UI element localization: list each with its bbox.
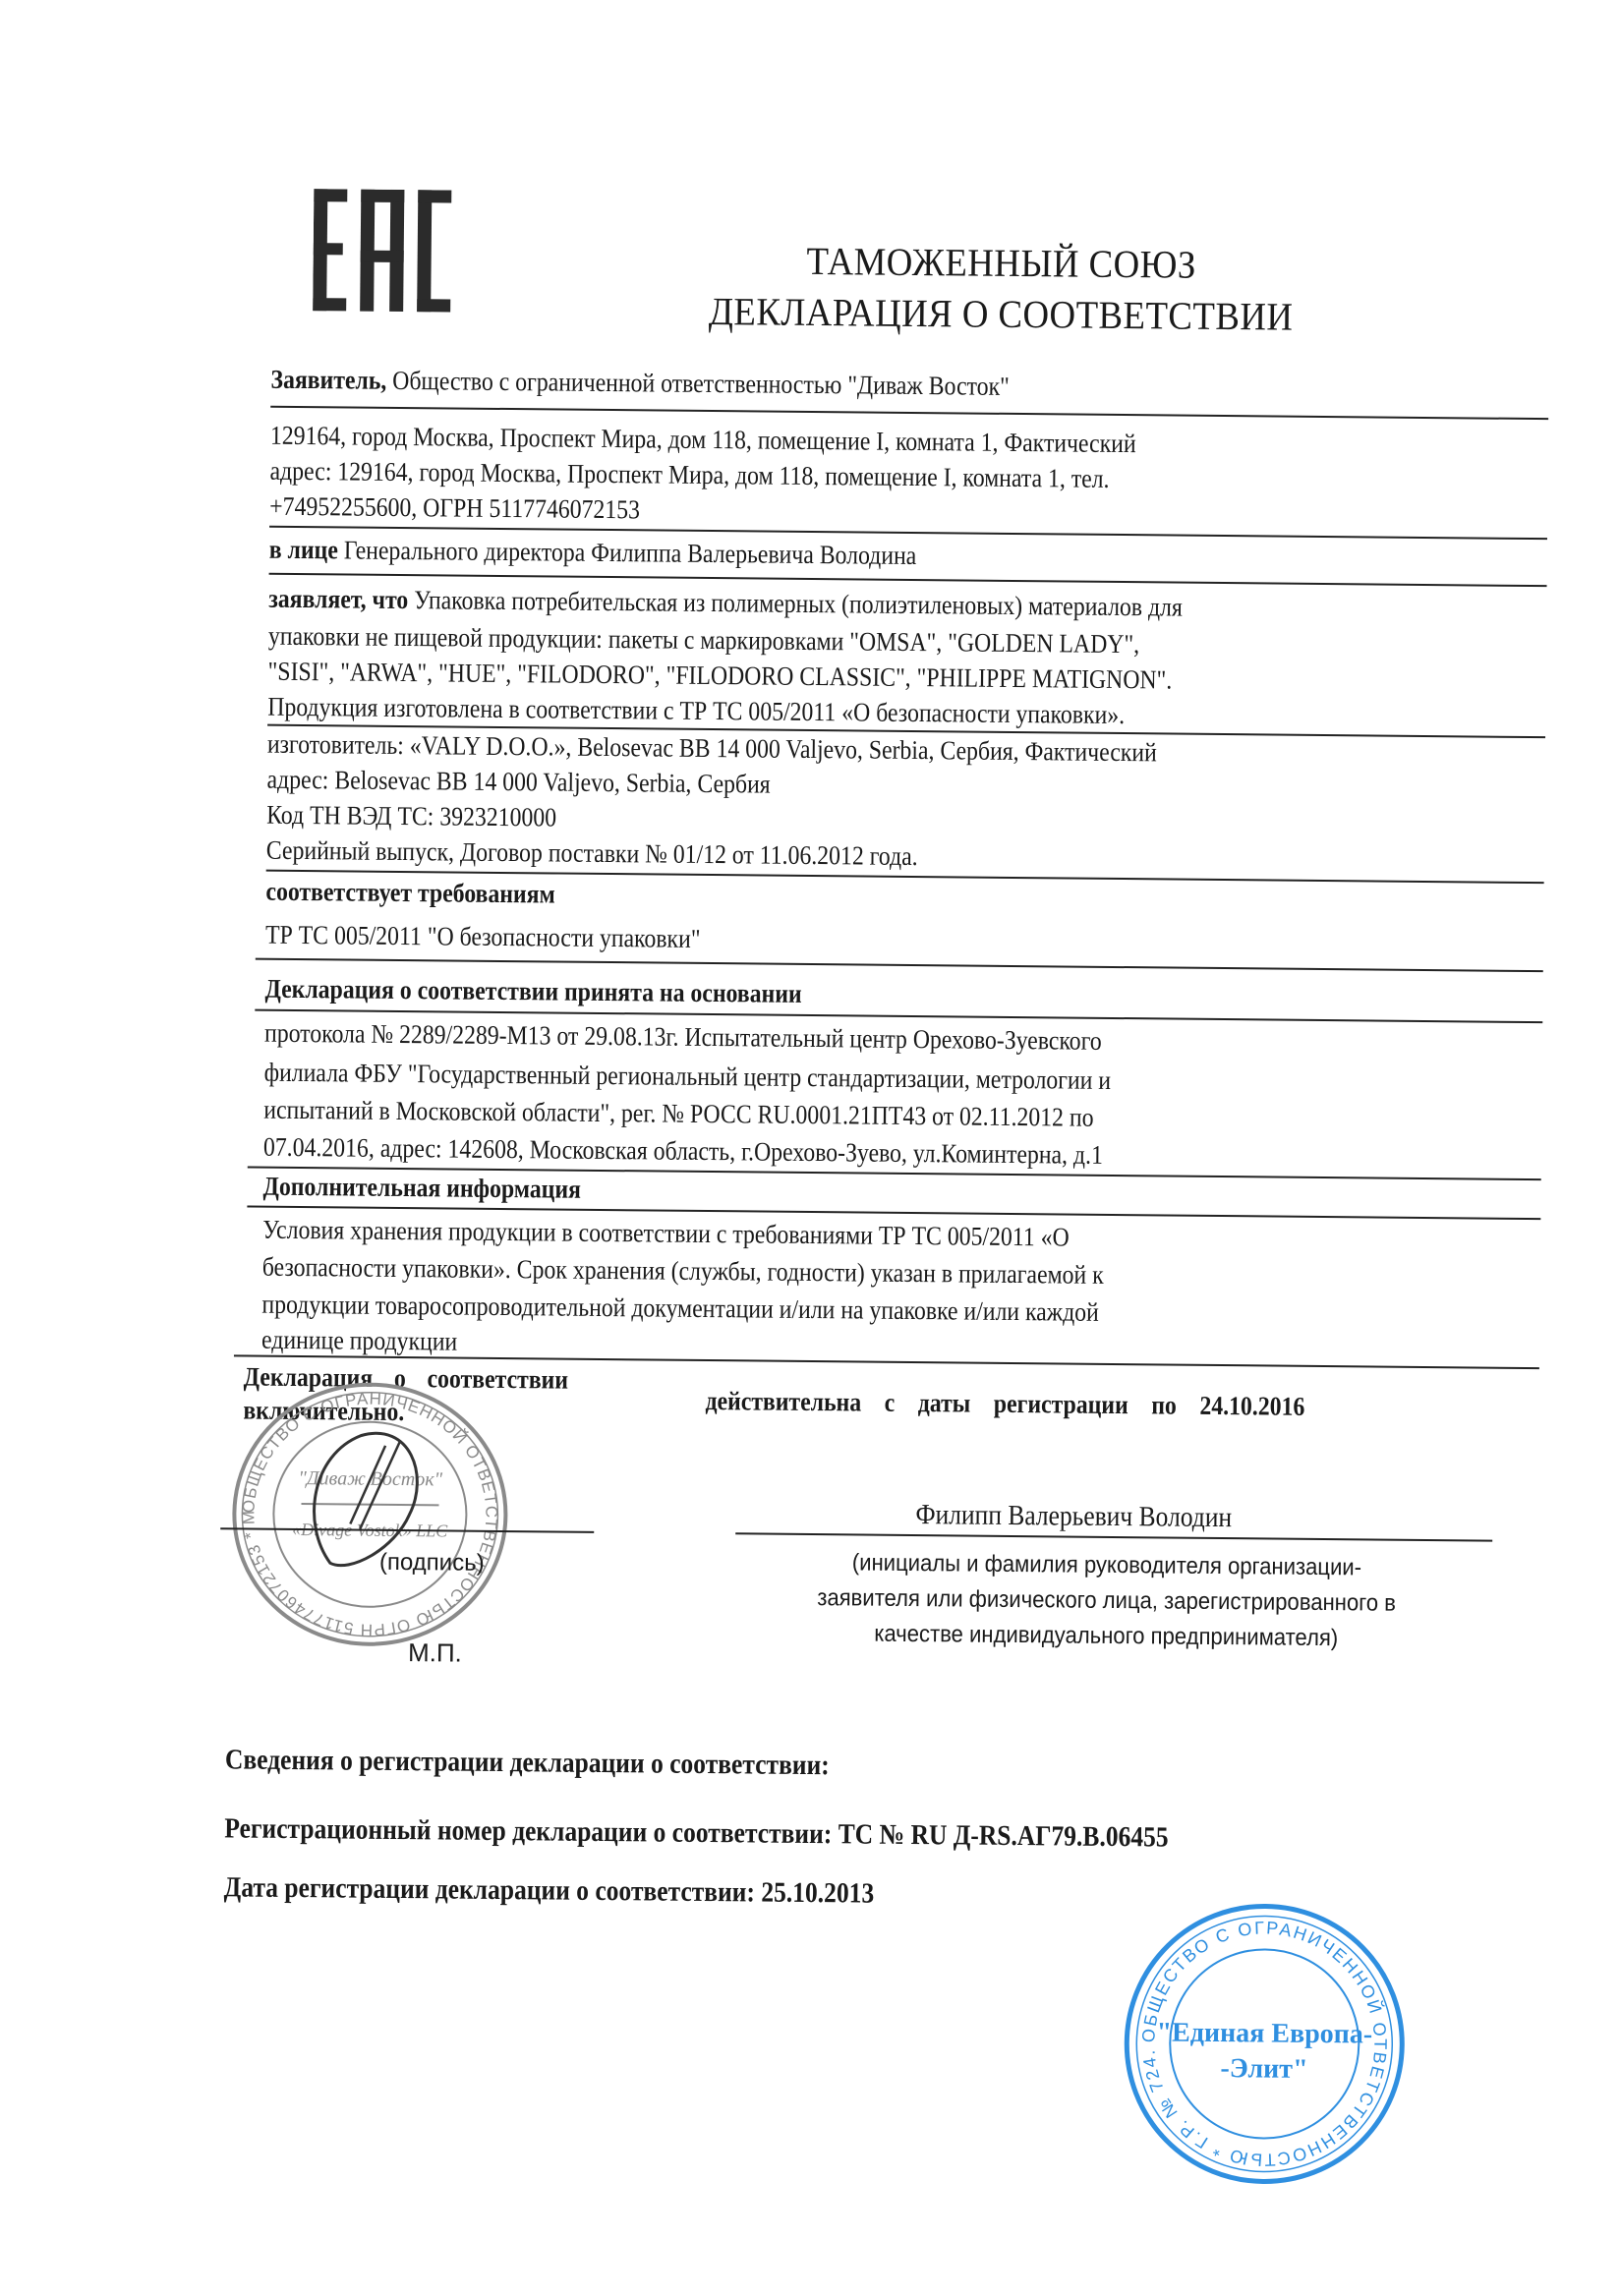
registration-date-line: Дата регистрации декларации о соответств… [224,1871,875,1910]
eac-mark-icon [313,189,453,314]
document-title: ТАМОЖЕННЫЙ СОЮЗ ДЕКЛАРАЦИЯ О СООТВЕТСТВИ… [594,234,1409,344]
additional-info-line: единице продукции [261,1324,457,1357]
svg-text:ОБЩЕСТВО С ОГРАНИЧЕННОЙ ОТВЕТС: ОБЩЕСТВО С ОГРАНИЧЕННОЙ ОТВЕТСТВЕННОСТЬЮ… [211,1365,502,1640]
signer-caption: (инициалы и фамилия руководителя организ… [789,1545,1423,1657]
additional-info-label-text: Дополнительная информация [262,1172,581,1204]
signer-name-line [735,1532,1492,1541]
title-customs-union: ТАМОЖЕННЫЙ СОЮЗ [594,234,1408,293]
registration-number-value: ТС № RU Д-RS.АГ79.В.06455 [832,1818,1169,1853]
declares-line: упаковки не пищевой продукции: пакеты с … [268,620,1139,660]
represented-by-text: Генерального директора Филиппа Валерьеви… [338,535,917,570]
complies-label: соответствует требованиям [265,876,555,910]
signer-caption-line: качестве индивидуального предпринимателя… [789,1616,1422,1657]
registration-heading: Сведения о регистрации декларации о соот… [225,1744,830,1782]
signer-caption-line: (инициалы и фамилия руководителя организ… [790,1545,1423,1586]
seal-caption: М.П. [408,1637,462,1669]
applicant-address-line: адрес: 129164, город Москва, Проспект Ми… [269,455,1109,494]
signer-name: Филипп Валерьевич Володин [915,1499,1232,1533]
divider [256,958,1543,973]
basis-line: 07.04.2016, адрес: 142608, Московская об… [263,1131,1103,1171]
title-declaration: ДЕКЛАРАЦИЯ О СООТВЕТСТВИИ [594,285,1408,344]
basis-line: испытаний в Московской области", рег. № … [263,1094,1094,1133]
registration-date-value: 25.10.2013 [755,1876,875,1909]
basis-label-text: Декларация о соответствии принята на осн… [264,974,801,1008]
signature-caption: (подпись) [379,1549,485,1578]
represented-by-line: в лице Генерального директора Филиппа Ва… [269,534,917,571]
manufacturer-line: изготовитель: «VALY D.O.O.», Belosevac B… [267,728,1157,769]
declares-label: заявляет, что [268,584,408,614]
applicant-line: Заявитель, Общество с ограниченной ответ… [270,364,1010,402]
declares-text: Упаковка потребительская из полимерных (… [408,585,1183,622]
declaration-page: ТАМОЖЕННЫЙ СОЮЗ ДЕКЛАРАЦИЯ О СООТВЕТСТВИ… [0,0,1620,2296]
additional-info-line: безопасности упаковки». Срок хранения (с… [262,1251,1104,1291]
represented-by-label: в лице [269,535,338,565]
applicant-name: Общество с ограниченной ответственностью… [386,366,1010,401]
serial-release-line: Серийный выпуск, Договор поставки № 01/1… [266,834,918,872]
applicant-seal-stamp: ОБЩЕСТВО С ОГРАНИЧЕННОЙ ОТВЕТСТВЕННОСТЬЮ… [211,1365,529,1663]
registration-date-label: Дата регистрации декларации о соответств… [224,1871,756,1908]
basis-line: протокола № 2289/2289-М13 от 29.08.13г. … [264,1017,1102,1057]
registrar-seal-stamp: ОБЩЕСТВО С ОГРАНИЧЕННОЙ ОТВЕТСТВЕННОСТЬЮ… [1116,1895,1414,2193]
applicant-label: Заявитель, [270,365,386,395]
applicant-address-line: 129164, город Москва, Проспект Мира, дом… [270,420,1136,459]
divider [270,406,1548,420]
tn-ved-code-line: Код ТН ВЭД ТС: 3923210000 [266,799,556,833]
additional-info-line: продукции товаросопроводительной докумен… [261,1289,1099,1328]
complies-label-text: соответствует требованиям [265,877,555,909]
stamp-org-line2: -Элит" [1220,2053,1307,2085]
additional-info-line: Условия хранения продукции в соответстви… [262,1214,1070,1253]
registration-number-label: Регистрационный номер декларации о соотв… [224,1812,832,1850]
basis-label: Декларация о соответствии принята на осн… [264,973,801,1009]
signer-caption-line: заявителя или физического лица, зарегист… [789,1580,1422,1622]
declares-line: заявляет, что Упаковка потребительская и… [268,583,1183,623]
applicant-address-line: +74952255600, ОГРН 5117746072153 [269,490,640,526]
complies-text: ТР ТС 005/2011 "О безопасности упаковки" [265,919,701,954]
registration-number-line: Регистрационный номер декларации о соотв… [224,1812,1169,1854]
basis-line: филиала ФБУ "Государственный региональны… [264,1057,1112,1096]
declares-line: "SISI", "ARWA", "HUE", "FILODORO", "FILO… [267,656,1172,696]
validity-right: действительна с даты регистрации по 24.1… [705,1385,1304,1422]
additional-info-label: Дополнительная информация [262,1171,581,1205]
manufacturer-address-line: адрес: Belosevac BB 14 000 Valjevo, Serb… [266,764,770,800]
stamp-org-line1: "Единая Европа- [1156,2017,1372,2049]
